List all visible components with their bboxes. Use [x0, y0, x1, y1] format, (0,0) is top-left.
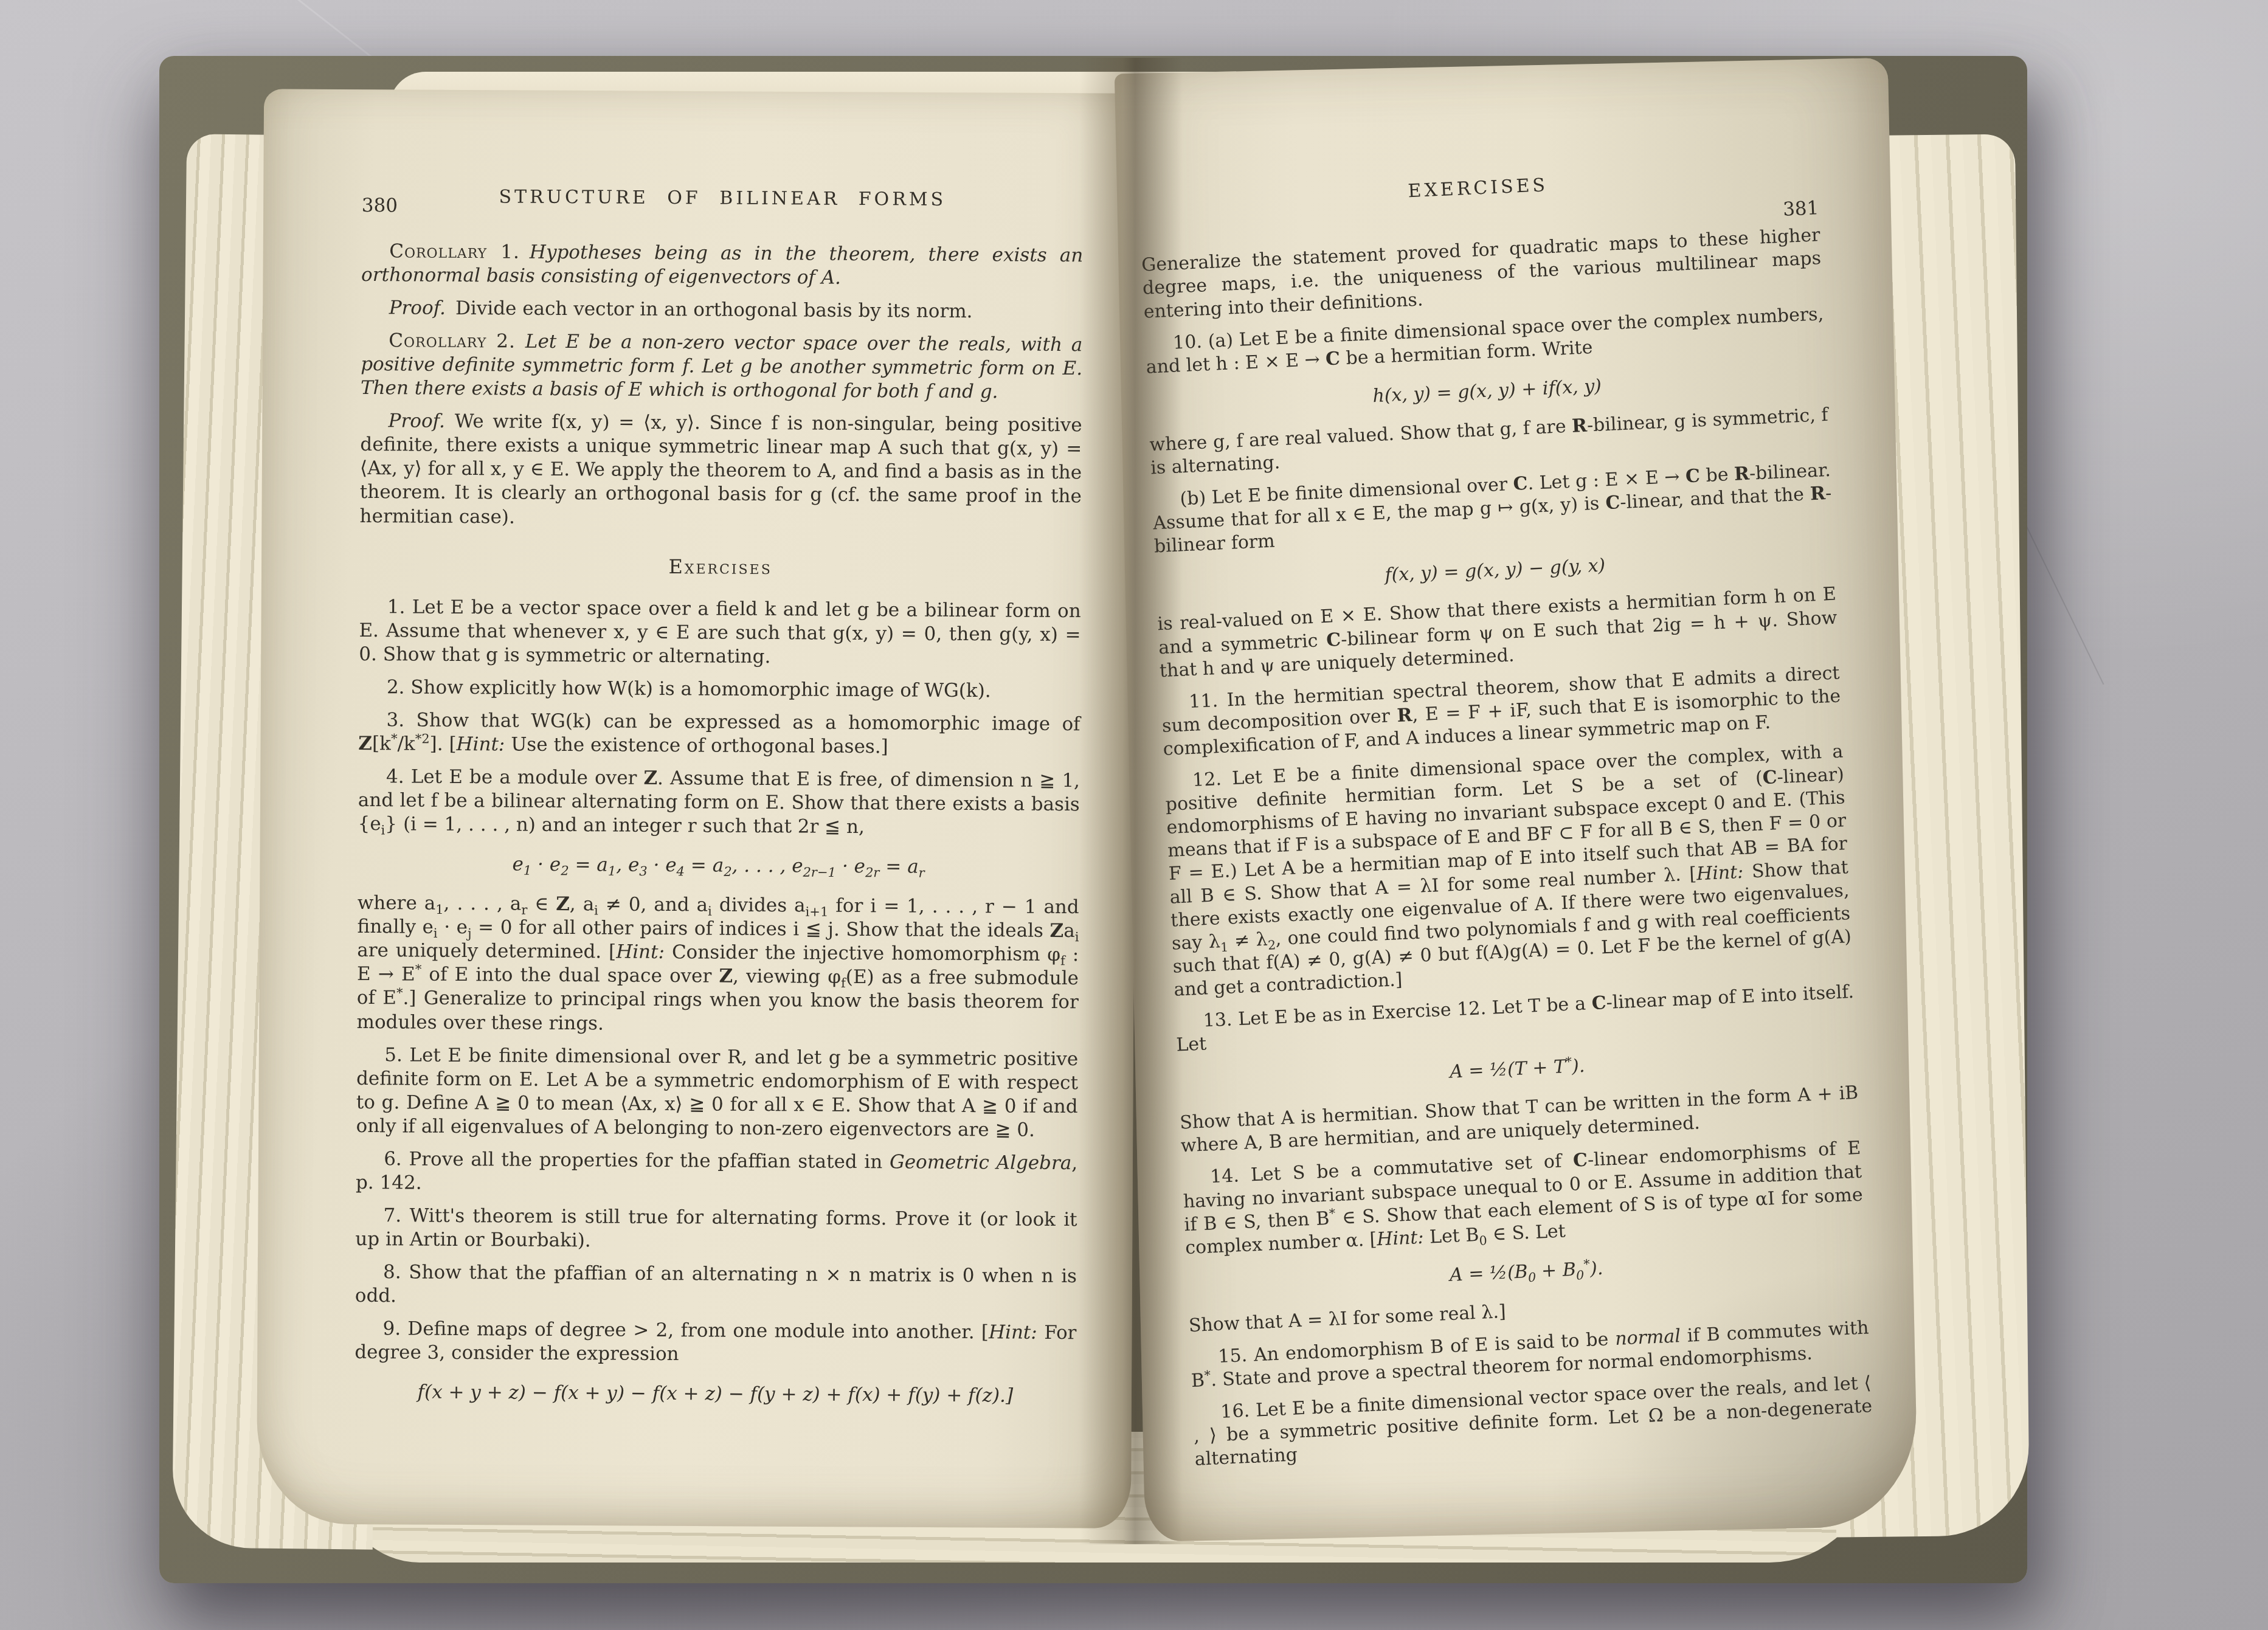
- text-paragraph: 7. Witt's theorem is still true for alte…: [355, 1204, 1077, 1255]
- section-heading: Exercises: [359, 553, 1081, 581]
- text-paragraph: 8. Show that the pfaffian of an alternat…: [355, 1260, 1077, 1312]
- right-page-text: EXERCISES 381 Generalize the statement p…: [1138, 161, 1874, 1480]
- running-head: STRUCTURE OF BILINEAR FORMS: [453, 185, 992, 212]
- text-paragraph: 14. Let S be a commutative set of C-line…: [1181, 1137, 1864, 1260]
- text-paragraph: 2. Show explicitly how W(k) is a homomor…: [359, 675, 1080, 703]
- left-page-content: Corollary 1.Hypotheses being as in the t…: [354, 240, 1084, 1408]
- paragraph-text: A = ½(T + T*).: [1449, 1055, 1585, 1083]
- left-page-header: 380 STRUCTURE OF BILINEAR FORMS: [362, 184, 1084, 212]
- paragraph-text: where a1, . . . , ar ∈ Z, ai ≠ 0, and ai…: [356, 892, 1079, 1034]
- page-number: 381: [1782, 196, 1819, 222]
- paragraph-lead: Corollary 2.: [389, 330, 516, 352]
- paragraph-text: Show that A = λI for some real λ.]: [1188, 1301, 1506, 1336]
- text-paragraph: Proof.We write f(x, y) = ⟨x, y⟩. Since f…: [360, 409, 1082, 532]
- text-paragraph: Proof.Divide each vector in an orthogona…: [361, 296, 1083, 324]
- paragraph-lead: Proof.: [389, 297, 446, 319]
- text-paragraph: 3. Show that WG(k) can be expressed as a…: [358, 708, 1080, 760]
- page-number: 380: [362, 194, 398, 218]
- paragraph-text: 6. Prove all the properties for the pfaf…: [356, 1148, 1077, 1193]
- paragraph-lead: Corollary 1.: [389, 240, 520, 263]
- book-photo: 380 STRUCTURE OF BILINEAR FORMS Corollar…: [0, 0, 2268, 1630]
- paragraph-text: A = ½(B0 + B0*).: [1449, 1258, 1603, 1286]
- text-paragraph: where a1, . . . , ar ∈ Z, ai ≠ 0, and ai…: [356, 891, 1079, 1038]
- paragraph-text: Divide each vector in an orthogonal basi…: [455, 297, 973, 322]
- text-paragraph: 12. Let E be a finite dimensional space …: [1164, 740, 1853, 1001]
- paragraph-text: f(x, y) = g(x, y) − g(y, x): [1385, 555, 1606, 586]
- paragraph-text: f(x + y + z) − f(x + y) − f(x + z) − f(y…: [418, 1381, 1014, 1407]
- text-paragraph: 4. Let E be a module over Z. Assume that…: [358, 765, 1080, 840]
- display-equation: e1 · e2 = a1, e3 · e4 = a2, . . . , e2r−…: [358, 852, 1079, 880]
- paragraph-text: 8. Show that the pfaffian of an alternat…: [355, 1261, 1077, 1307]
- paragraph-lead: Proof.: [389, 410, 445, 433]
- text-paragraph: Corollary 2.Let E be a non-zero vector s…: [361, 329, 1083, 404]
- paragraph-text: 4. Let E be a module over Z. Assume that…: [358, 765, 1080, 838]
- text-paragraph: Corollary 1.Hypotheses being as in the t…: [361, 240, 1083, 291]
- right-page-content: Generalize the statement proved for quad…: [1141, 224, 1874, 1472]
- paragraph-text: 2. Show explicitly how W(k) is a homomor…: [387, 676, 991, 702]
- paragraph-text: 12. Let E be a finite dimensional space …: [1165, 741, 1851, 1000]
- text-paragraph: 5. Let E be finite dimensional over R, a…: [356, 1043, 1078, 1142]
- display-equation: f(x + y + z) − f(x + y) − f(x + z) − f(y…: [354, 1380, 1076, 1408]
- paragraph-text: h(x, y) = g(x, y) + if(x, y): [1372, 375, 1602, 407]
- paragraph-text: 7. Witt's theorem is still true for alte…: [355, 1204, 1077, 1251]
- paragraph-text: 1. Let E be a vector space over a field …: [359, 596, 1081, 668]
- text-paragraph: 6. Prove all the properties for the pfaf…: [356, 1147, 1077, 1199]
- left-page-text: 380 STRUCTURE OF BILINEAR FORMS Corollar…: [354, 184, 1084, 1424]
- paragraph-text: 3. Show that WG(k) can be expressed as a…: [358, 709, 1080, 758]
- paragraph-text: 9. Define maps of degree > 2, from one m…: [354, 1317, 1076, 1365]
- text-paragraph: 9. Define maps of degree > 2, from one m…: [354, 1317, 1076, 1369]
- paragraph-text: We write f(x, y) = ⟨x, y⟩. Since f is no…: [360, 410, 1082, 528]
- paragraph-text: 5. Let E be finite dimensional over R, a…: [356, 1044, 1078, 1141]
- paragraph-text: Exercises: [668, 555, 772, 579]
- paragraph-text: 14. Let S be a commutative set of C-line…: [1183, 1138, 1863, 1259]
- paragraph-text: e1 · e2 = a1, e3 · e4 = a2, . . . , e2r−…: [512, 854, 924, 878]
- text-paragraph: 1. Let E be a vector space over a field …: [359, 595, 1081, 671]
